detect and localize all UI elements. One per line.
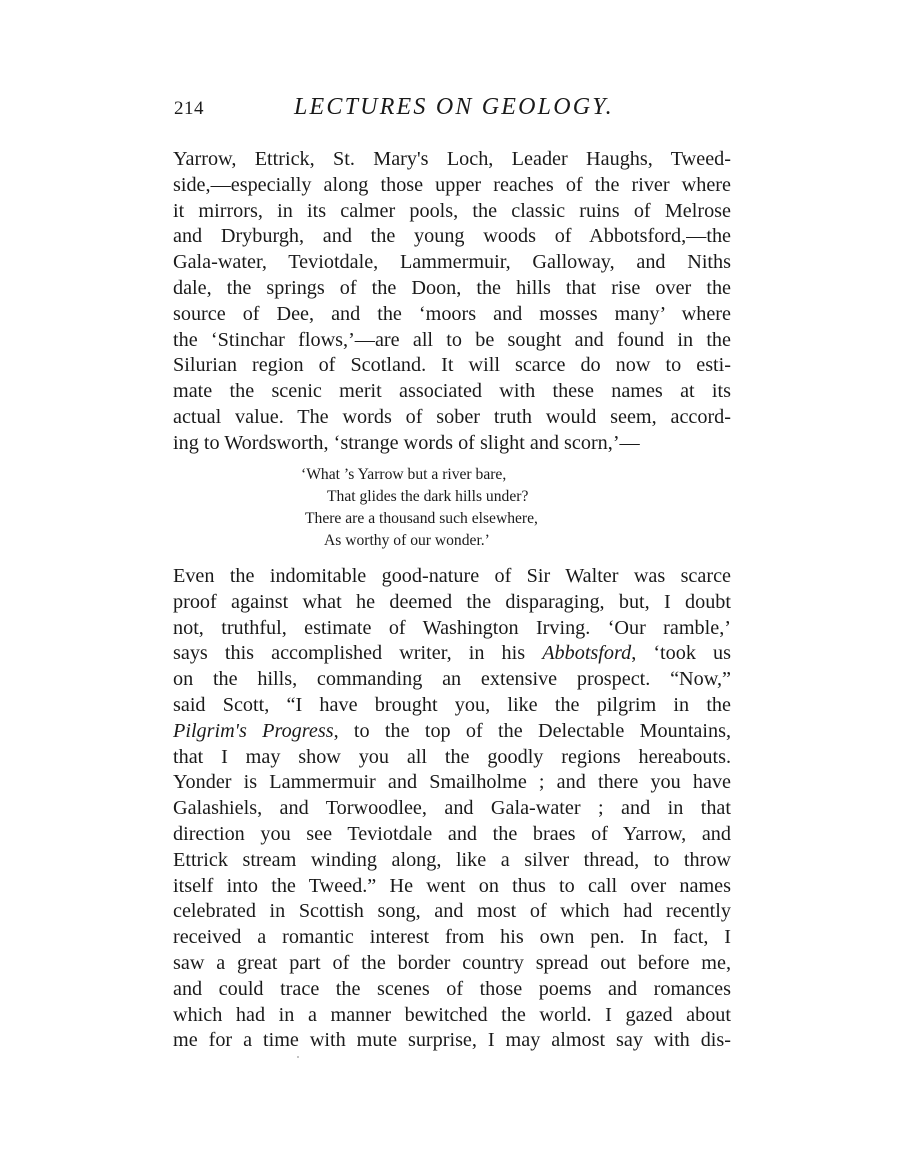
text-line: on the hills, commanding an extensive pr… — [173, 667, 731, 693]
text-run: says this accomplished writer, in his — [173, 642, 542, 664]
text-line: itself into the Tweed.” He went on thus … — [173, 874, 731, 900]
text-run: Yonder is Lammermuir and Smailholme ; an… — [173, 771, 731, 793]
italic-book-title: Pilgrim's Progress — [173, 720, 334, 742]
running-head: 214 LECTURES ON GEOLOGY. — [173, 94, 731, 126]
italic-book-title: Abbotsford — [542, 642, 631, 664]
text-run: celebrated in Scottish song, and most of… — [173, 900, 731, 922]
text-run: me for a time with mute surprise, I may … — [173, 1029, 731, 1051]
text-line: says this accomplished writer, in his Ab… — [173, 641, 731, 667]
text-line: saw a great part of the border country s… — [173, 951, 731, 977]
text-line: side,—especially along those upper reach… — [173, 173, 731, 199]
text-line: mate the scenic merit associated with th… — [173, 379, 731, 405]
poem-verse: ‘What ’s Yarrow but a river bare, — [301, 464, 621, 486]
text-line: the ‘Stinchar flows,’—are all to be soug… — [173, 328, 731, 354]
text-line: said Scott, “I have brought you, like th… — [173, 693, 731, 719]
running-title: LECTURES ON GEOLOGY. — [294, 94, 614, 121]
text-run: Galashiels, and Torwoodlee, and Gala-wat… — [173, 797, 731, 819]
text-run: not, truthful, estimate of Washington Ir… — [173, 617, 731, 639]
text-line: me for a time with mute surprise, I may … — [173, 1028, 731, 1054]
text-run: on the hills, commanding an extensive pr… — [173, 668, 731, 690]
text-run: , ‘took us — [631, 642, 731, 664]
text-line: Even the indomitable good-nature of Sir … — [173, 564, 731, 590]
text-line: Ettrick stream winding along, like a sil… — [173, 848, 731, 874]
paragraph-1: Yarrow, Ettrick, St. Mary's Loch, Leader… — [173, 147, 731, 457]
poem-quotation: ‘What ’s Yarrow but a river bare, That g… — [301, 464, 621, 552]
text-line: direction you see Teviotdale and the bra… — [173, 822, 731, 848]
text-line: proof against what he deemed the dispara… — [173, 590, 731, 616]
paragraph-2: Even the indomitable good-nature of Sir … — [173, 564, 731, 1054]
text-run: Even the indomitable good-nature of Sir … — [173, 565, 731, 587]
text-line: Yonder is Lammermuir and Smailholme ; an… — [173, 770, 731, 796]
text-line: received a romantic interest from his ow… — [173, 925, 731, 951]
text-line: which had in a manner bewitched the worl… — [173, 1003, 731, 1029]
text-line: and could trace the scenes of those poem… — [173, 977, 731, 1003]
page-number: 214 — [174, 98, 204, 120]
text-line: celebrated in Scottish song, and most of… — [173, 899, 731, 925]
text-run: itself into the Tweed.” He went on thus … — [173, 875, 731, 897]
text-run: that I may show you all the goodly regio… — [173, 746, 731, 768]
text-run: received a romantic interest from his ow… — [173, 926, 731, 948]
text-run: direction you see Teviotdale and the bra… — [173, 823, 731, 845]
text-run: said Scott, “I have brought you, like th… — [173, 694, 731, 716]
text-line: Silurian region of Scotland. It will sca… — [173, 353, 731, 379]
poem-verse: As worthy of our wonder.’ — [301, 530, 621, 552]
text-line: Gala-water, Teviotdale, Lammermuir, Gall… — [173, 250, 731, 276]
text-run: which had in a manner bewitched the worl… — [173, 1004, 731, 1026]
text-line: and Dryburgh, and the young woods of Abb… — [173, 224, 731, 250]
text-line: source of Dee, and the ‘moors and mosses… — [173, 302, 731, 328]
text-run: and could trace the scenes of those poem… — [173, 978, 731, 1000]
text-run: , to the top of the Delectable Mountains… — [334, 720, 731, 742]
text-line: Yarrow, Ettrick, St. Mary's Loch, Leader… — [173, 147, 731, 173]
text-line: not, truthful, estimate of Washington Ir… — [173, 616, 731, 642]
text-run: proof against what he deemed the dispara… — [173, 591, 731, 613]
text-line: Galashiels, and Torwoodlee, and Gala-wat… — [173, 796, 731, 822]
text-line: dale, the springs of the Doon, the hills… — [173, 276, 731, 302]
poem-verse: There are a thousand such elsewhere, — [301, 508, 621, 530]
text-run: Ettrick stream winding along, like a sil… — [173, 849, 731, 871]
text-line: actual value. The words of sober truth w… — [173, 405, 731, 431]
text-run: saw a great part of the border country s… — [173, 952, 731, 974]
text-line: ing to Wordsworth, ‘strange words of sli… — [173, 431, 731, 457]
text-line: it mirrors, in its calmer pools, the cla… — [173, 199, 731, 225]
poem-verse: That glides the dark hills under? — [301, 486, 621, 508]
print-speck — [297, 1056, 299, 1058]
text-line: that I may show you all the goodly regio… — [173, 745, 731, 771]
text-line: Pilgrim's Progress, to the top of the De… — [173, 719, 731, 745]
